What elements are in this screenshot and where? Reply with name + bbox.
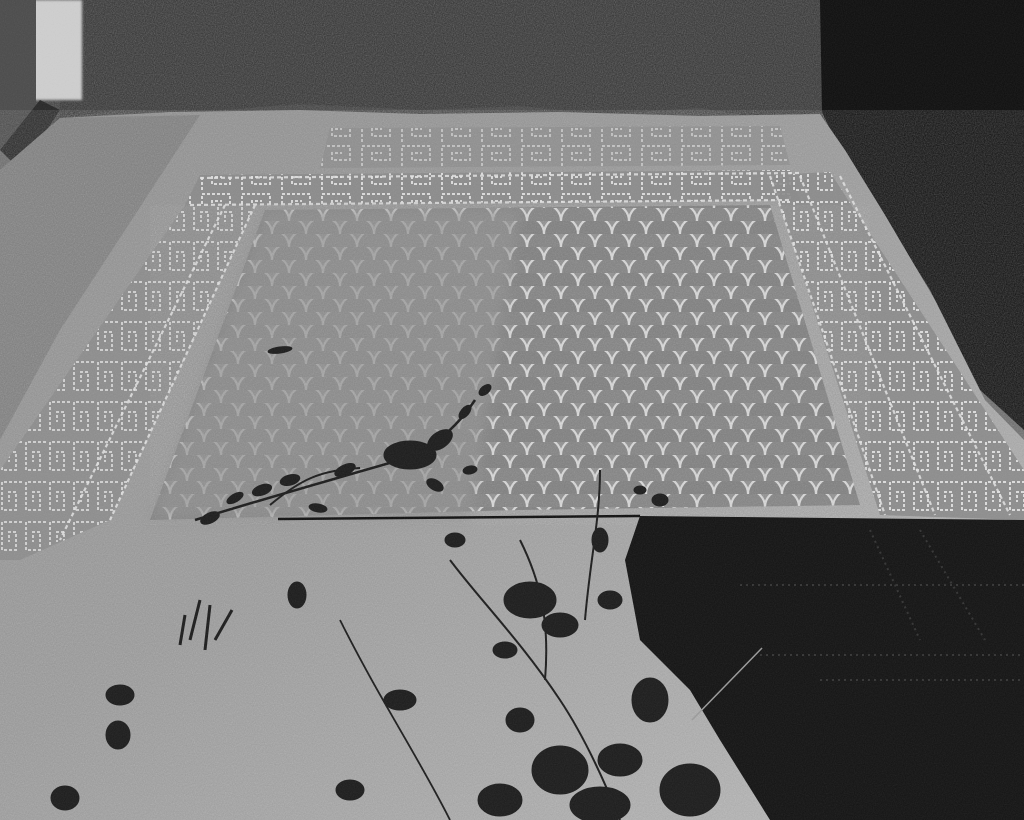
mosaic-floor-photo xyxy=(0,0,1024,820)
photo-scene xyxy=(0,0,1024,820)
film-grain xyxy=(0,0,1024,820)
